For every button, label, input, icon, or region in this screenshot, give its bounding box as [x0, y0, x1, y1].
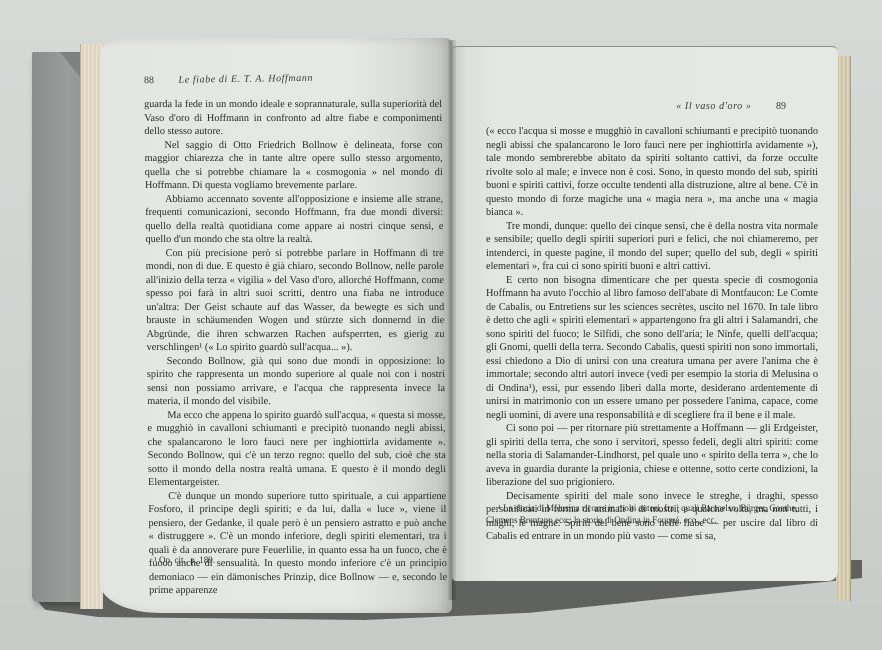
paragraph: (« ecco l'acqua si mosse e mugghiò in ca… — [486, 125, 818, 220]
right-body-text: (« ecco l'acqua si mosse e mugghiò in ca… — [486, 125, 818, 544]
paragraph: Abbiamo accennato sovente all'opposizion… — [145, 192, 444, 246]
photo-scene: 88 Le fiabe di E. T. A. Hoffmann guarda … — [0, 0, 882, 650]
right-footnote: ¹ La storia di Melusina ricorre in molti… — [486, 502, 816, 526]
paragraph: Ci sono poi — per ritornare più strettam… — [486, 422, 818, 490]
running-head-title: « Il vaso d'oro » — [676, 101, 751, 112]
book-gutter — [448, 40, 456, 600]
left-page: 88 Le fiabe di E. T. A. Hoffmann guarda … — [100, 38, 452, 613]
left-running-head: 88 Le fiabe di E. T. A. Hoffmann — [144, 73, 313, 86]
paragraph: C'è dunque un mondo superiore tutto spir… — [148, 489, 447, 597]
page-number: 89 — [776, 101, 786, 112]
paragraph: Con più precisione però si potrebbe parl… — [146, 246, 445, 354]
paragraph: Nel saggio di Otto Friedrich Bollnow è d… — [144, 138, 443, 192]
right-page-edges — [836, 56, 851, 601]
paragraph: guarda la fede in un mondo ideale e sopr… — [144, 98, 442, 138]
paragraph: Ma ecco che appena lo spirito guardò sul… — [147, 408, 446, 489]
paragraph: E certo non bisogna dimenticare che per … — [486, 274, 818, 423]
page-number: 88 — [144, 75, 154, 86]
paragraph: Secondo Bollnow, già qui sono due mondi … — [147, 354, 446, 408]
left-body-text: guarda la fede in un mondo ideale e sopr… — [144, 98, 447, 597]
right-page: « Il vaso d'oro » 89 (« ecco l'acqua si … — [452, 46, 838, 581]
paragraph: Tre mondi, dunque: quello dei cinque sen… — [486, 220, 818, 274]
left-footnote: ¹ Op. cit., p. 189. — [154, 554, 215, 566]
right-running-head: « Il vaso d'oro » 89 — [676, 101, 786, 112]
running-head-title: Le fiabe di E. T. A. Hoffmann — [178, 73, 313, 86]
